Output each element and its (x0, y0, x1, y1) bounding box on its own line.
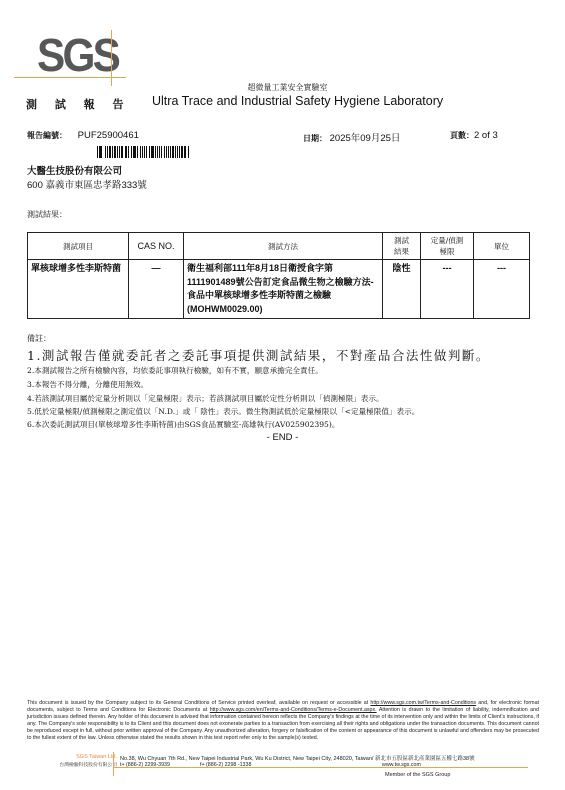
cell-limit: --- (421, 260, 474, 319)
cell-item: 單核球增多性李斯特菌 (28, 260, 129, 319)
footer-website[interactable]: www.tw.sgs.com (382, 762, 421, 768)
report-date: 日期： 2025年09月25日 (303, 130, 400, 144)
col-header-result: 測試 結果 (383, 233, 421, 260)
results-label: 測試結果： (27, 209, 67, 220)
footer-horizontal-line (113, 767, 528, 768)
note-2: 2.本測試報告之所有檢驗內容，均依委託事項執行檢驗，如有不實，願意承擔完全責任。 (27, 365, 323, 376)
note-3: 3.本報告不得分離，分離使用無效。 (27, 379, 148, 390)
client-company: 大醫生技股份有限公司 (27, 163, 122, 177)
page-count: 頁數：2 of 3 (450, 130, 498, 141)
report-title: 測 試 報 告 (26, 96, 131, 112)
logo-vertical-line (111, 30, 112, 86)
end-marker: - END - (0, 432, 565, 443)
report-number-label: 報告編號： (27, 130, 67, 140)
col-header-cas: CAS NO. (129, 233, 184, 260)
cell-result: 陰性 (383, 260, 421, 319)
lab-name-cn-text: 超微量工業安全實驗室 (248, 83, 328, 92)
cell-unit: --- (474, 260, 530, 319)
note-1: 1.測試報告僅就委託者之委託事項提供測試結果，不對產品合法性做判斷。 (27, 346, 490, 364)
lab-name-en: Ultra Trace and Industrial Safety Hygien… (152, 94, 443, 108)
footer-fax: f+ (886-2) 2298 -1338 (200, 762, 251, 768)
footer-address: No.38, Wu Chyuan 7th Rd., New Taipei Ind… (120, 754, 475, 762)
table-row: 單核球增多性李斯特菌 — 衛生福利部111年8月18日衛授食字第11119014… (28, 260, 530, 319)
disclaimer-text-1: This document is issued by the Company s… (27, 700, 370, 706)
footer-member: Member of the SGS Group (385, 772, 450, 778)
report-number: 報告編號： PUF25900461 (27, 130, 139, 141)
date-value: 2025年09月25日 (330, 133, 401, 144)
col-header-limit: 定量/偵測 極限 (421, 233, 474, 260)
logo-horizontal-line (14, 77, 126, 78)
terms-link[interactable]: http://www.sgs.com.tw/Terms-and-Conditio… (370, 700, 476, 706)
client-address: 600 嘉義市東區忠孝路333號 (27, 177, 147, 191)
notes-label: 備註： (27, 333, 51, 344)
sgs-logo: SGS (37, 30, 118, 80)
note-6: 6.本次委託測試項目(單核球增多性李斯特菌)由SGS食品實驗室-高雄執行(AV0… (27, 419, 339, 430)
note-5: 5.低於定量極限/偵測極限之測定值以「N.D.」或「 陰性」表示。微生物測試低於… (27, 406, 419, 417)
date-label: 日期： (303, 133, 327, 143)
page-value: 2 of 3 (474, 130, 498, 141)
table-header-row: 測試項目 CAS NO. 測試方法 測試 結果 定量/偵測 極限 單位 (28, 233, 530, 260)
cell-cas: — (129, 260, 184, 319)
note-4: 4.若該測試項目屬於定量分析則以「定量極限」表示；若該測試項目屬於定性分析則以「… (27, 393, 384, 404)
report-number-value: PUF25900461 (78, 130, 139, 141)
results-table: 測試項目 CAS NO. 測試方法 測試 結果 定量/偵測 極限 單位 單核球增… (27, 232, 530, 319)
e-document-terms-link[interactable]: http://www.sgs.com/en/Terms-and-Conditio… (210, 707, 377, 713)
footer-company-en: SGS Taiwan Ltd. (27, 754, 117, 760)
footer-company-cn: 台灣檢驗科技股份有限公司 (27, 761, 117, 768)
lab-name-cn: 超微量工業安全實驗室 (0, 82, 565, 93)
end-text: - END - (267, 432, 299, 443)
page-label: 頁數： (450, 130, 474, 140)
disclaimer: This document is issued by the Company s… (27, 700, 539, 742)
footer-telephone: t+ (886-2) 2299-3939 (120, 762, 170, 768)
col-header-unit: 單位 (474, 233, 530, 260)
cell-method: 衛生福利部111年8月18日衛授食字第1111901489號公告訂定食品微生物之… (184, 260, 383, 319)
col-header-method: 測試方法 (184, 233, 383, 260)
col-header-item: 測試項目 (28, 233, 129, 260)
footer-vertical-line (113, 752, 114, 776)
barcode (97, 146, 235, 158)
